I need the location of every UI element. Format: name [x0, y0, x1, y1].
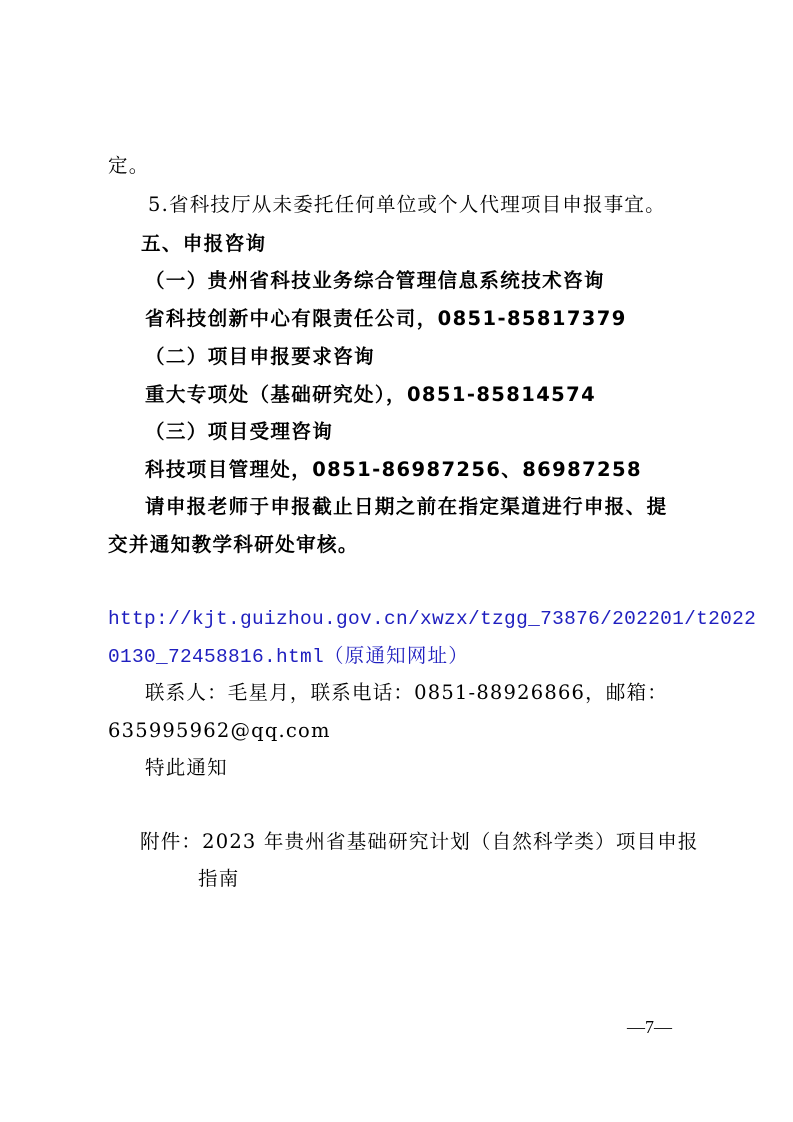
paragraph-continuation: 定。: [108, 153, 149, 179]
consult-contact-requirements: 重大专项处（基础研究处），0851-85814574: [145, 382, 596, 408]
original-notice-url-part1[interactable]: http://kjt.guizhou.gov.cn/xwzx/tzgg_7387…: [108, 608, 756, 630]
contact-email: 635995962@qq.com: [108, 718, 331, 744]
contact-info-line1: 联系人：毛星月，联系电话：0851-88926866，邮箱：: [145, 680, 668, 706]
consult-heading-acceptance: （三）项目受理咨询: [145, 419, 333, 445]
original-notice-label[interactable]: （原通知网址）: [324, 644, 469, 667]
consult-contact-system-tech: 省科技创新中心有限责任公司，0851-85817379: [145, 306, 627, 332]
attachment-line1: 附件：2023 年贵州省基础研究计划（自然科学类）项目申报: [140, 829, 699, 855]
reminder-paragraph-line2: 交并通知教学科研处审核。: [108, 532, 359, 558]
consult-heading-requirements: （二）项目申报要求咨询: [145, 344, 375, 370]
list-item-5: 5.省科技厅从未委托任何单位或个人代理项目申报事宜。: [148, 192, 666, 218]
original-notice-url-part2[interactable]: 0130_72458816.html: [108, 646, 324, 668]
original-notice-link-line2[interactable]: 0130_72458816.html（原通知网址）: [108, 643, 469, 670]
section-heading-consultation: 五、申报咨询: [141, 231, 266, 257]
consult-contact-acceptance: 科技项目管理处，0851-86987256、86987258: [145, 457, 642, 483]
closing-statement: 特此通知: [145, 755, 228, 781]
reminder-paragraph-line1: 请申报老师于申报截止日期之前在指定渠道进行申报、提: [145, 494, 668, 520]
attachment-line2: 指南: [198, 866, 239, 892]
original-notice-link-line1[interactable]: http://kjt.guizhou.gov.cn/xwzx/tzgg_7387…: [108, 605, 756, 632]
consult-heading-system-tech: （一）贵州省科技业务综合管理信息系统技术咨询: [145, 268, 605, 294]
page-number: —7—: [627, 1016, 672, 1038]
